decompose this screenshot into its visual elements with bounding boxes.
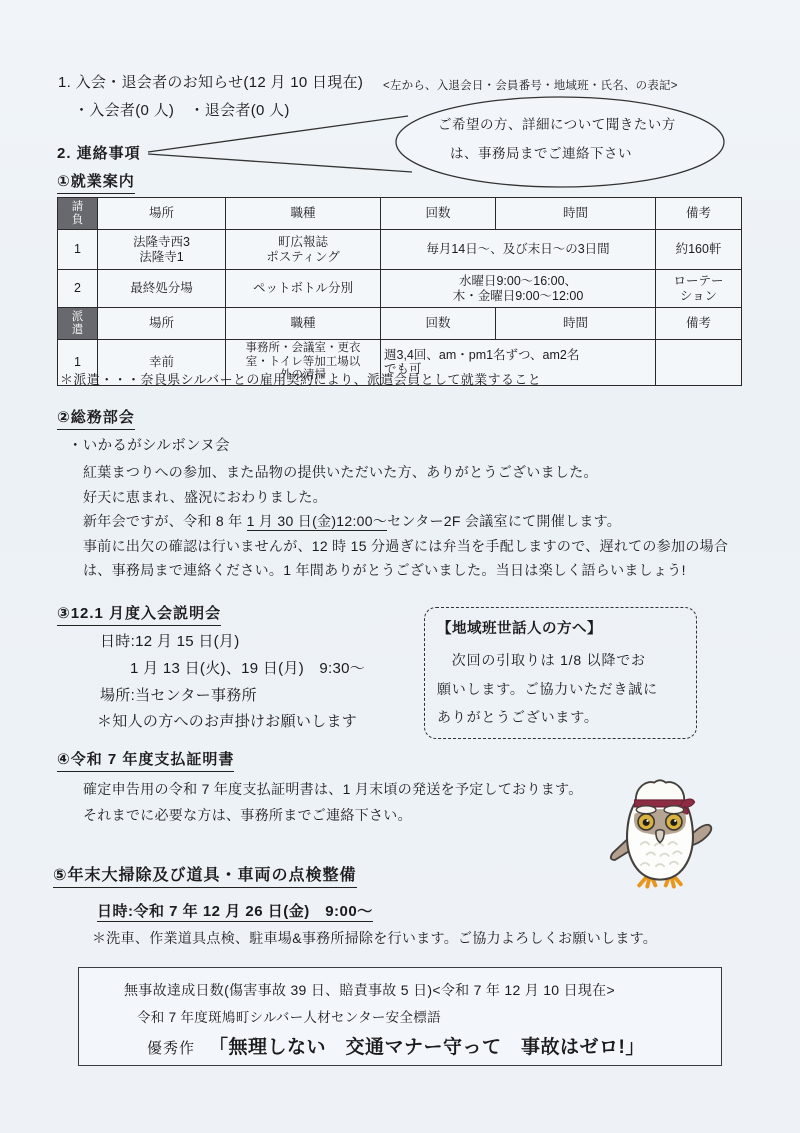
side-box-title: 【地域班世話人の方へ】 — [437, 617, 684, 638]
speech-bubble-text: ご希望の方、詳細について聞きたい方 は、事務局までご連絡下さい — [438, 110, 738, 168]
header-cell-job: 職種 — [226, 198, 381, 230]
slogan-source-line: 令和 7 年度斑鳩町シルバー人材センター安全標語 — [137, 1006, 441, 1026]
section5-title: ⑤年末大掃除及び道具・車両の点検整備 — [53, 862, 357, 888]
row1-note: 約160軒 — [656, 230, 742, 270]
row2-no: 2 — [58, 270, 98, 308]
row1-schedule: 毎月14日〜、及び末日〜の3日間 — [381, 230, 656, 270]
safety-slogan-text: 「無理しない 交通マナー守って 事故はゼロ!」 — [209, 1032, 645, 1059]
header-cell-place: 場所 — [98, 198, 226, 230]
section5-datetime: 日時:令和 7 年 12 月 26 日(金) 9:00〜 — [97, 900, 373, 921]
section2-paragraph5: は、事務局まで連絡ください。1 年間ありがとうございました。当日は楽しく語らいま… — [83, 560, 686, 581]
section3-datetime1: 日時:12 月 15 日(月) — [100, 631, 240, 654]
section5-note: ＊洗車、作業道具点検、駐車場&事務所掃除を行います。ご協力よろしくお願いします。 — [92, 928, 657, 949]
table-header-ukeoi: 請 負 場所 職種 回数 時間 備考 — [58, 198, 742, 230]
section2-paragraph1: 紅葉まつりへの参加、また品物の提供いただいた方、ありがとうございました。 — [83, 462, 598, 483]
section2-paragraph4: 事前に出欠の確認は行いませんが、12 時 15 分過ぎには弁当を手配しますので、… — [83, 536, 728, 557]
section4-title: ④令和 7 年度支払証明書 — [57, 748, 234, 772]
row1-no: 1 — [58, 230, 98, 270]
newyear-party-post: センター2F 会議室にて開催します。 — [387, 513, 621, 529]
row2-job: ペットボトル分別 — [226, 270, 381, 308]
table-row: 2 最終処分場 ペットボトル分別 水曜日9:00〜16:00、 木・金曜日9:0… — [58, 270, 742, 308]
safety-slogan-box: 無事故達成日数(傷害事故 39 日、賠責事故 5 日)<令和 7 年 12 月 … — [78, 967, 722, 1066]
slogan-line: 優秀作 「無理しない 交通マナー守って 事故はゼロ!」 — [147, 1032, 645, 1059]
newyear-party-date: 1 月 30 日(金)12:00〜 — [247, 513, 388, 531]
header-cell-time: 時間 — [496, 198, 656, 230]
section3-note: ＊知人の方へのお声掛けお願いします — [97, 711, 357, 734]
table-header-haken: 派 遣 場所 職種 回数 時間 備考 — [58, 308, 742, 340]
section3-datetime2: 1 月 13 日(火)、19 日(月) 9:30〜 — [130, 658, 365, 681]
section4-paragraph2: それまでに必要な方は、事務所までご連絡下さい。 — [83, 805, 412, 826]
header-cell-note2: 備考 — [656, 308, 742, 340]
header-cell-time2: 時間 — [496, 308, 656, 340]
section2-title: ②総務部会 — [57, 406, 135, 430]
speech-bubble-line1: ご希望の方、詳細について聞きたい方 — [438, 110, 738, 139]
section2-paragraph2: 好天に恵まれ、盛況におわりました。 — [83, 487, 327, 508]
header-cell-ukeoi: 請 負 — [58, 198, 98, 230]
section3-title: ③12.1 月度入会説明会 — [57, 602, 221, 626]
header-cell-count: 回数 — [381, 198, 496, 230]
header-cell-note: 備考 — [656, 198, 742, 230]
section3-place: 場所:当センター事務所 — [100, 685, 257, 708]
owl-mascot-illustration — [602, 778, 718, 890]
accident-free-days-line: 無事故達成日数(傷害事故 39 日、賠責事故 5 日)<令和 7 年 12 月 … — [124, 980, 615, 1000]
header-cell-haken: 派 遣 — [58, 308, 98, 340]
header-cell-count2: 回数 — [381, 308, 496, 340]
row2-place: 最終処分場 — [98, 270, 226, 308]
scanned-newsletter-page: 1. 入会・退会者のお知らせ(12 月 10 日現在) <左から、入退会日・会員… — [0, 0, 800, 1133]
membership-notice-side-note: <左から、入退会日・会員番号・地域班・氏名、の表記> — [383, 77, 678, 93]
row2-note: ローテー ション — [656, 270, 742, 308]
side-box-body: 次回の引取りは 1/8 以降でお 願いします。ご協力いただき誠に ありがとうござ… — [437, 646, 684, 732]
section4-paragraph1: 確定申告用の令和 7 年度支払証明書は、1 月末頃の発送を予定しております。 — [83, 779, 583, 800]
contact-items-heading: 2. 連絡事項 — [57, 142, 141, 163]
row1-job: 町広報誌 ポスティング — [226, 230, 381, 270]
table-row: 1 法隆寺西3 法隆寺1 町広報誌 ポスティング 毎月14日〜、及び末日〜の3日… — [58, 230, 742, 270]
header-cell-job2: 職種 — [226, 308, 381, 340]
job-offers-table: 請 負 場所 職種 回数 時間 備考 1 法隆寺西3 法隆寺1 町広報誌 ポステ… — [57, 197, 742, 386]
newyear-party-pre: 新年会ですが、令和 8 年 — [83, 513, 247, 529]
prize-label: 優秀作 — [147, 1037, 195, 1058]
section2-paragraph3: 新年会ですが、令和 8 年 1 月 30 日(金)12:00〜センター2F 会議… — [83, 511, 621, 532]
table-footnote: ＊派遣・・・奈良県シルバーとの雇用契約により、派遣会員として就業すること — [60, 369, 541, 388]
speech-bubble-line2: は、事務局までご連絡下さい — [438, 139, 738, 168]
section1-title: ①就業案内 — [57, 170, 135, 194]
section2-subtitle: ・いかるがシルボンヌ会 — [68, 436, 230, 458]
district-caretaker-notice-box: 【地域班世話人の方へ】 次回の引取りは 1/8 以降でお 願いします。ご協力いた… — [424, 607, 697, 739]
row2-schedule: 水曜日9:00〜16:00、 木・金曜日9:00〜12:00 — [381, 270, 656, 308]
header-cell-place2: 場所 — [98, 308, 226, 340]
row3-note — [656, 340, 742, 386]
row1-place: 法隆寺西3 法隆寺1 — [98, 230, 226, 270]
